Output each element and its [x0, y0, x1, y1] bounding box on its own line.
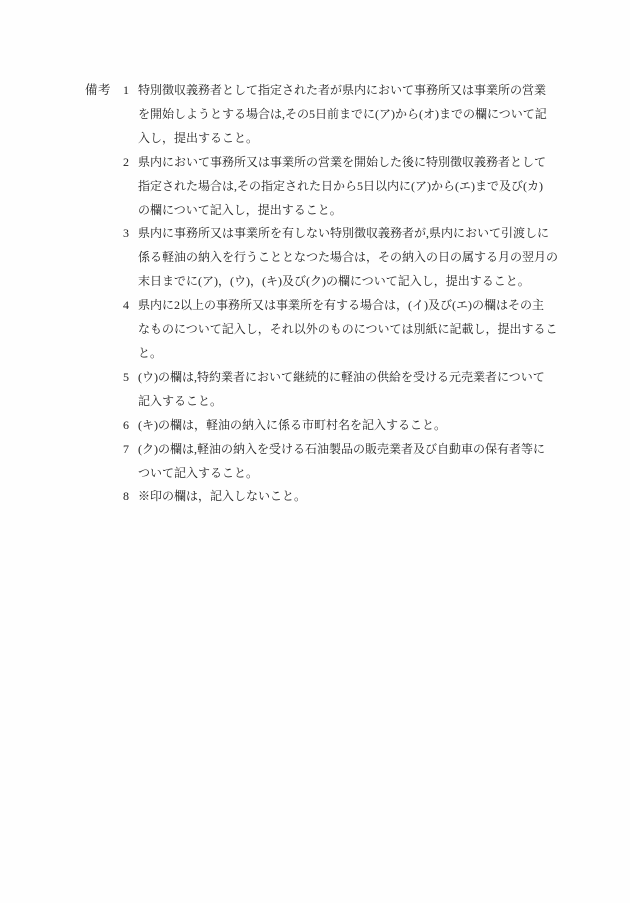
- note-line: 指定された場合は,その指定された日から5日以内に(ア)から(エ)まで及び(カ): [138, 175, 560, 199]
- notes-list: 1 特別徴収義務者として指定された者が県内において事務所又は事業所の営業 を開始…: [123, 79, 560, 509]
- note-line: ※印の欄は，記入しないこと。: [138, 485, 560, 509]
- note-text: 県内に事務所又は事業所を有しない特別徴収義務者が,県内において引渡しに 係る軽油…: [138, 222, 560, 294]
- remarks-block: 備考 1 特別徴収義務者として指定された者が県内において事務所又は事業所の営業 …: [85, 79, 560, 509]
- note-line: 入し，提出すること。: [138, 127, 560, 151]
- note-line: ついて記入すること。: [138, 462, 560, 486]
- note-item: 7 (ク)の欄は,軽油の納入を受ける石油製品の販売業者及び自動車の保有者等に つ…: [123, 438, 560, 486]
- note-number: 8: [123, 485, 138, 509]
- note-item: 5 (ウ)の欄は,特約業者において継続的に軽油の供給を受ける元売業者について 記…: [123, 366, 560, 414]
- note-line: を開始しようとする場合は,その5日前までに(ア)から(オ)までの欄について記: [138, 103, 560, 127]
- note-number: 7: [123, 438, 138, 462]
- note-line: 県内に事務所又は事業所を有しない特別徴収義務者が,県内において引渡しに: [138, 222, 560, 246]
- note-line: 特別徴収義務者として指定された者が県内において事務所又は事業所の営業: [138, 79, 560, 103]
- note-item: 2 県内において事務所又は事業所の営業を開始した後に特別徴収義務者として 指定さ…: [123, 151, 560, 223]
- note-line: と。: [138, 342, 560, 366]
- note-line: 県内に2以上の事務所又は事業所を有する場合は，(イ)及び(エ)の欄はその主: [138, 294, 560, 318]
- note-line: の欄について記入し，提出すること。: [138, 199, 560, 223]
- note-item: 6 (キ)の欄は，軽油の納入に係る市町村名を記入すること。: [123, 414, 560, 438]
- note-line: 末日までに(ア)，(ウ)，(キ)及び(ク)の欄について記入し，提出すること。: [138, 270, 560, 294]
- note-text: (キ)の欄は，軽油の納入に係る市町村名を記入すること。: [138, 414, 560, 438]
- note-number: 5: [123, 366, 138, 390]
- note-number: 2: [123, 151, 138, 175]
- note-line: 記入すること。: [138, 390, 560, 414]
- note-item: 3 県内に事務所又は事業所を有しない特別徴収義務者が,県内において引渡しに 係る…: [123, 222, 560, 294]
- note-text: 県内に2以上の事務所又は事業所を有する場合は，(イ)及び(エ)の欄はその主 なも…: [138, 294, 560, 366]
- note-number: 1: [123, 79, 138, 103]
- note-text: 県内において事務所又は事業所の営業を開始した後に特別徴収義務者として 指定された…: [138, 151, 560, 223]
- note-text: (ウ)の欄は,特約業者において継続的に軽油の供給を受ける元売業者について 記入す…: [138, 366, 560, 414]
- note-item: 8 ※印の欄は，記入しないこと。: [123, 485, 560, 509]
- note-line: (ク)の欄は,軽油の納入を受ける石油製品の販売業者及び自動車の保有者等に: [138, 438, 560, 462]
- note-text: 特別徴収義務者として指定された者が県内において事務所又は事業所の営業 を開始しよ…: [138, 79, 560, 151]
- note-line: (キ)の欄は，軽油の納入に係る市町村名を記入すること。: [138, 414, 560, 438]
- note-line: 県内において事務所又は事業所の営業を開始した後に特別徴収義務者として: [138, 151, 560, 175]
- note-line: なものについて記入し，それ以外のものについては別紙に記載し，提出するこ: [138, 318, 560, 342]
- note-text: (ク)の欄は,軽油の納入を受ける石油製品の販売業者及び自動車の保有者等に ついて…: [138, 438, 560, 486]
- note-line: 係る軽油の納入を行うこととなつた場合は，その納入の日の属する月の翌月の: [138, 246, 560, 270]
- document-page: 備考 1 特別徴収義務者として指定された者が県内において事務所又は事業所の営業 …: [0, 0, 630, 903]
- note-text: ※印の欄は，記入しないこと。: [138, 485, 560, 509]
- note-number: 4: [123, 294, 138, 318]
- note-number: 6: [123, 414, 138, 438]
- remarks-label: 備考: [85, 79, 123, 103]
- note-item: 4 県内に2以上の事務所又は事業所を有する場合は，(イ)及び(エ)の欄はその主 …: [123, 294, 560, 366]
- note-number: 3: [123, 222, 138, 246]
- note-item: 1 特別徴収義務者として指定された者が県内において事務所又は事業所の営業 を開始…: [123, 79, 560, 151]
- note-line: (ウ)の欄は,特約業者において継続的に軽油の供給を受ける元売業者について: [138, 366, 560, 390]
